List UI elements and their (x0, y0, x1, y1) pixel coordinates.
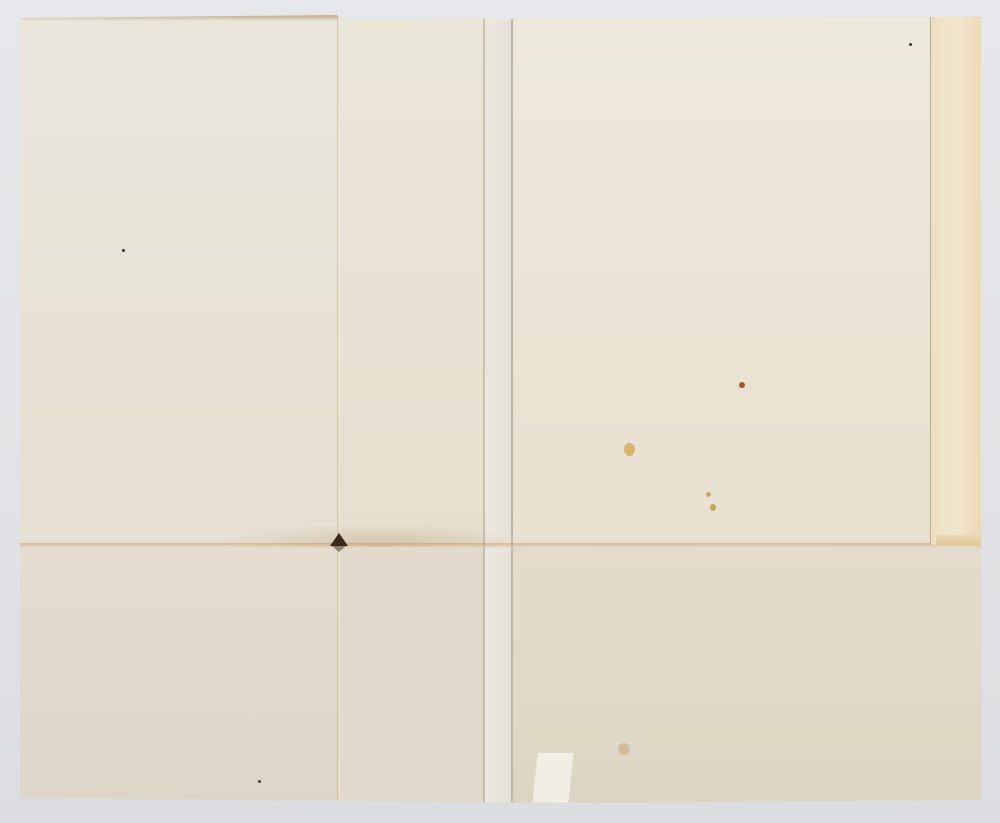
paper-panel-top-left (18, 15, 338, 545)
paper-panel-top-middle (340, 15, 485, 545)
fold-tear-hole (330, 533, 348, 546)
right-edge-strip-end (936, 535, 981, 545)
ink-speck (258, 780, 261, 783)
repair-patch (532, 753, 573, 803)
paper-panel-top-right (513, 18, 930, 545)
paper-panel-bottom-left (18, 547, 338, 803)
right-edge-strip (930, 17, 982, 545)
paper-seam-strip (485, 15, 513, 803)
faint-stain (618, 743, 630, 755)
fold-tear-shadow (332, 546, 346, 552)
seam-line-right (511, 15, 513, 803)
horizontal-fold-line (18, 543, 981, 548)
stain-spot (710, 504, 716, 511)
rust-spot (739, 382, 745, 388)
seam-line-left (483, 15, 485, 803)
stain-spot (624, 443, 635, 456)
ink-speck (909, 43, 912, 46)
stain-spot (706, 492, 711, 497)
paper-panel-bottom-middle (340, 547, 485, 803)
ink-speck (122, 249, 125, 252)
paper-panel-bottom-right (513, 547, 981, 803)
paper-sheet (18, 15, 981, 803)
vertical-fold-line (337, 15, 340, 803)
